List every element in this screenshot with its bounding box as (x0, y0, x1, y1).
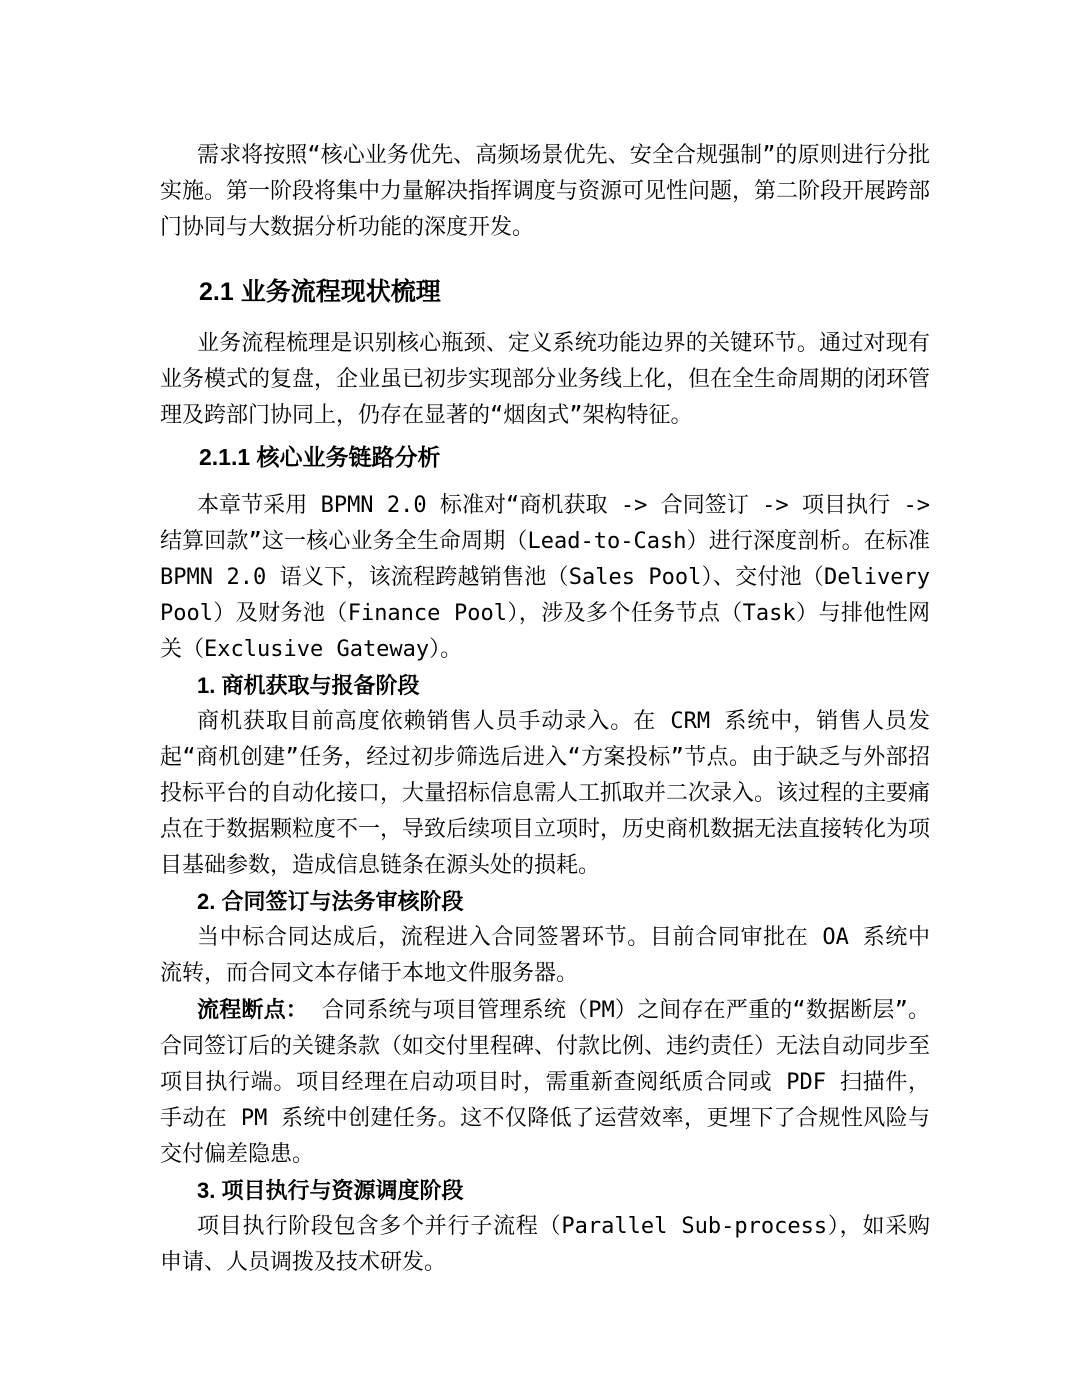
section-heading-2-1: 2.1 业务流程现状梳理 (160, 276, 930, 308)
section-heading-2-1-1: 2.1.1 核心业务链路分析 (160, 442, 930, 472)
section-2-1-1-paragraph: 本章节采用 BPMN 2.0 标准对“商机获取 -> 合同签订 -> 项目执行 … (160, 488, 930, 668)
section-2-1-paragraph: 业务流程梳理是识别核心瓶颈、定义系统功能边界的关键环节。通过对现有业务模式的复盘… (160, 326, 930, 434)
document-page: 需求将按照“核心业务优先、高频场景优先、安全合规强制”的原则进行分批实施。第一阶… (0, 0, 1080, 1398)
intro-paragraph: 需求将按照“核心业务优先、高频场景优先、安全合规强制”的原则进行分批实施。第一阶… (160, 138, 930, 246)
stage-3-paragraph: 项目执行阶段包含多个并行子流程（Parallel Sub-process），如采… (160, 1209, 930, 1281)
stage-1-paragraph: 商机获取目前高度依赖销售人员手动录入。在 CRM 系统中，销售人员发起“商机创建… (160, 704, 930, 884)
process-breakpoint-text: 合同系统与项目管理系统（PM）之间存在严重的“数据断层”。合同签订后的关键条款（… (160, 998, 930, 1167)
process-breakpoint-paragraph: 流程断点：合同系统与项目管理系统（PM）之间存在严重的“数据断层”。合同签订后的… (160, 992, 930, 1173)
stage-2-paragraph: 当中标合同达成后，流程进入合同签署环节。目前合同审批在 OA 系统中流转，而合同… (160, 920, 930, 992)
stage-3-heading: 3. 项目执行与资源调度阶段 (160, 1173, 930, 1209)
stage-2-heading: 2. 合同签订与法务审核阶段 (160, 884, 930, 920)
process-breakpoint-label: 流程断点： (197, 997, 308, 1022)
stage-1-heading: 1. 商机获取与报备阶段 (160, 668, 930, 704)
